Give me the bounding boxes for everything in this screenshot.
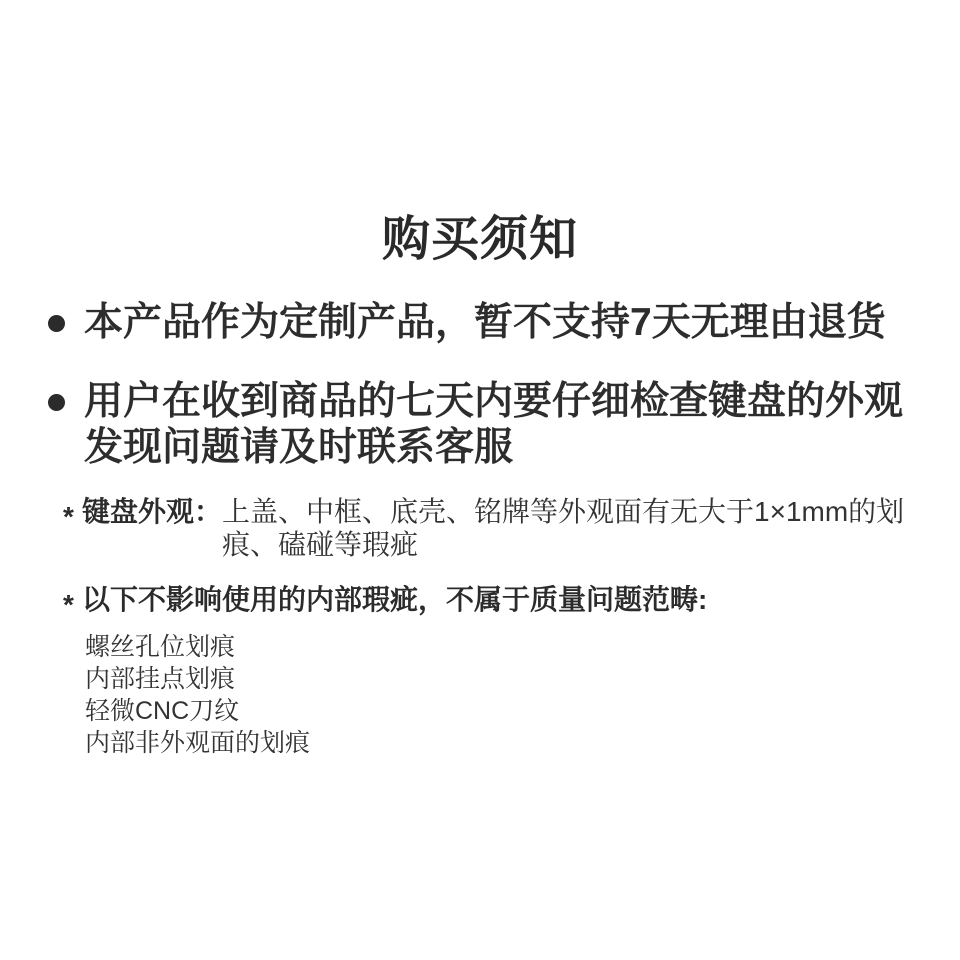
defect-list: 螺丝孔位划痕 内部挂点划痕 轻微CNC刀纹 内部非外观面的划痕 (0, 631, 960, 759)
bullet-dot-icon (48, 394, 65, 411)
page-title: 购买须知 (0, 0, 960, 266)
defect-item-internal-scratches: 内部非外观面的划痕 (85, 727, 960, 759)
defect-item-cnc-marks: 轻微CNC刀纹 (85, 695, 960, 727)
note-label: 键盘外观： (82, 495, 222, 528)
defect-item-screw-holes: 螺丝孔位划痕 (85, 631, 960, 663)
bullet-item-inspect-keyboard: 用户在收到商品的七天内要仔细检查键盘的外观 发现问题请及时联系客服 (0, 379, 960, 471)
bullet-dot-icon (48, 315, 65, 332)
note-keyboard-appearance: * 键盘外观： 上盖、中框、底壳、铭牌等外观面有无大于1×1mm的划 痕、磕碰等… (0, 495, 960, 561)
defect-item-mount-points: 内部挂点划痕 (85, 663, 960, 695)
asterisk-marker: * (63, 500, 82, 533)
asterisk-marker: * (63, 588, 82, 621)
purchase-notice-card: 购买须知 本产品作为定制产品，暂不支持7天无理由退货 用户在收到商品的七天内要仔… (0, 0, 960, 960)
note-content: 上盖、中框、底壳、铭牌等外观面有无大于1×1mm的划 痕、磕碰等瑕疵 (222, 495, 904, 561)
bullet-item-no-return: 本产品作为定制产品，暂不支持7天无理由退货 (0, 300, 960, 346)
bullet-text: 用户在收到商品的七天内要仔细检查键盘的外观 发现问题请及时联系客服 (84, 379, 903, 471)
note-label: 以下不影响使用的内部瑕疵，不属于质量问题范畴: (82, 583, 707, 616)
note-internal-flaws: * 以下不影响使用的内部瑕疵，不属于质量问题范畴: (0, 583, 960, 616)
bullet-text: 本产品作为定制产品，暂不支持7天无理由退货 (84, 300, 886, 346)
